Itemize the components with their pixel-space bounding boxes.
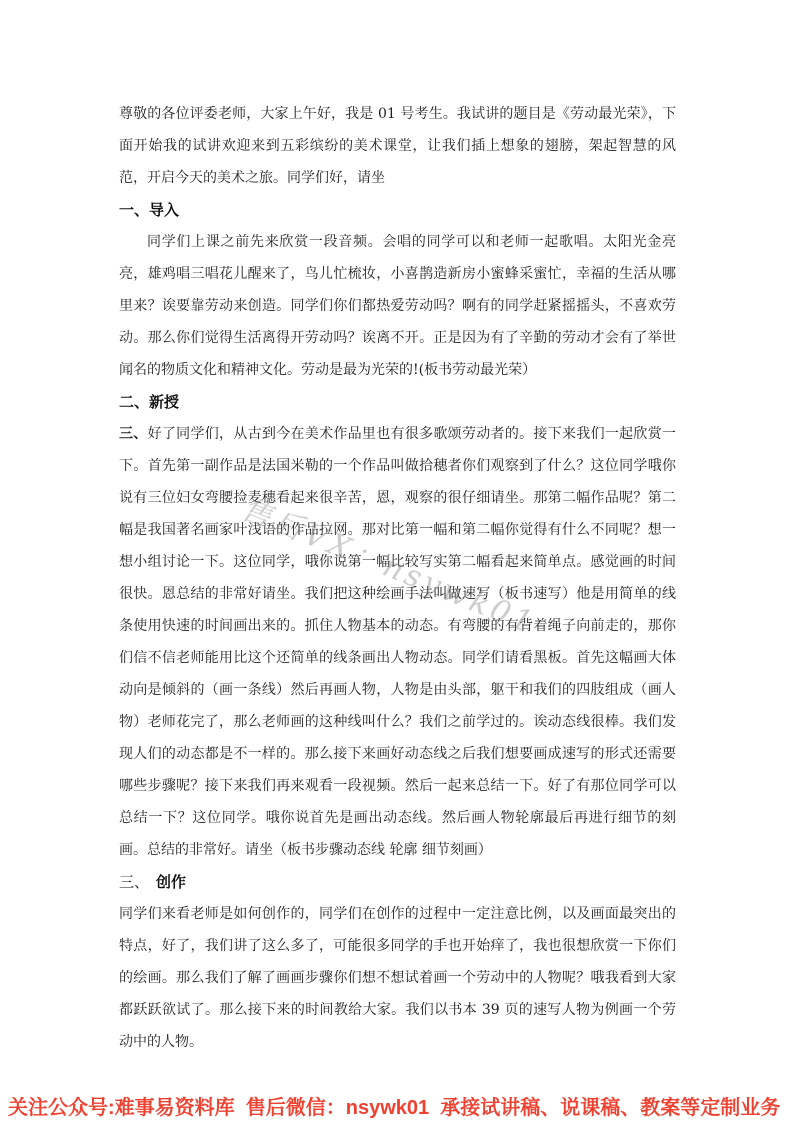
creation-heading-prefix: 三、	[119, 873, 149, 891]
lecture-script: 尊敬的各位评委老师，大家上午好，我是 01 号考生。我试讲的题目是《劳动最光荣》…	[119, 98, 676, 1058]
creation-paragraph: 同学们来看老师是如何创作的，同学们在创作的过程中一定注意比例，以及画面最突出的特…	[119, 898, 676, 1058]
paragraph-lead-number: 三、	[119, 426, 148, 442]
creation-heading-text: 创作	[156, 873, 186, 891]
footer-promo: 关注公众号:难事易资料库 售后微信：nsywk01 承接试讲稿、说课稿、教案等定…	[8, 1091, 793, 1120]
new-lesson-paragraph: 三、好了同学们，从古到今在美术作品里也有很多歌颂劳动者的。接下来我们一起欣赏一下…	[119, 418, 676, 866]
section-heading-creation: 三、创作	[119, 866, 676, 898]
document-page: { "doc": { "opening": "尊敬的各位评委老师，大家上午好，我…	[0, 0, 793, 1122]
section-heading-import: 一、导入	[119, 194, 676, 226]
import-paragraph: 同学们上课之前先来欣赏一段音频。会唱的同学可以和老师一起歌唱。太阳光金亮亮，雄鸡…	[119, 226, 676, 386]
section-heading-new-lesson: 二、新授	[119, 386, 676, 418]
new-lesson-text: 好了同学们，从古到今在美术作品里也有很多歌颂劳动者的。接下来我们一起欣赏一下。首…	[119, 426, 676, 858]
opening-paragraph: 尊敬的各位评委老师，大家上午好，我是 01 号考生。我试讲的题目是《劳动最光荣》…	[119, 98, 676, 194]
